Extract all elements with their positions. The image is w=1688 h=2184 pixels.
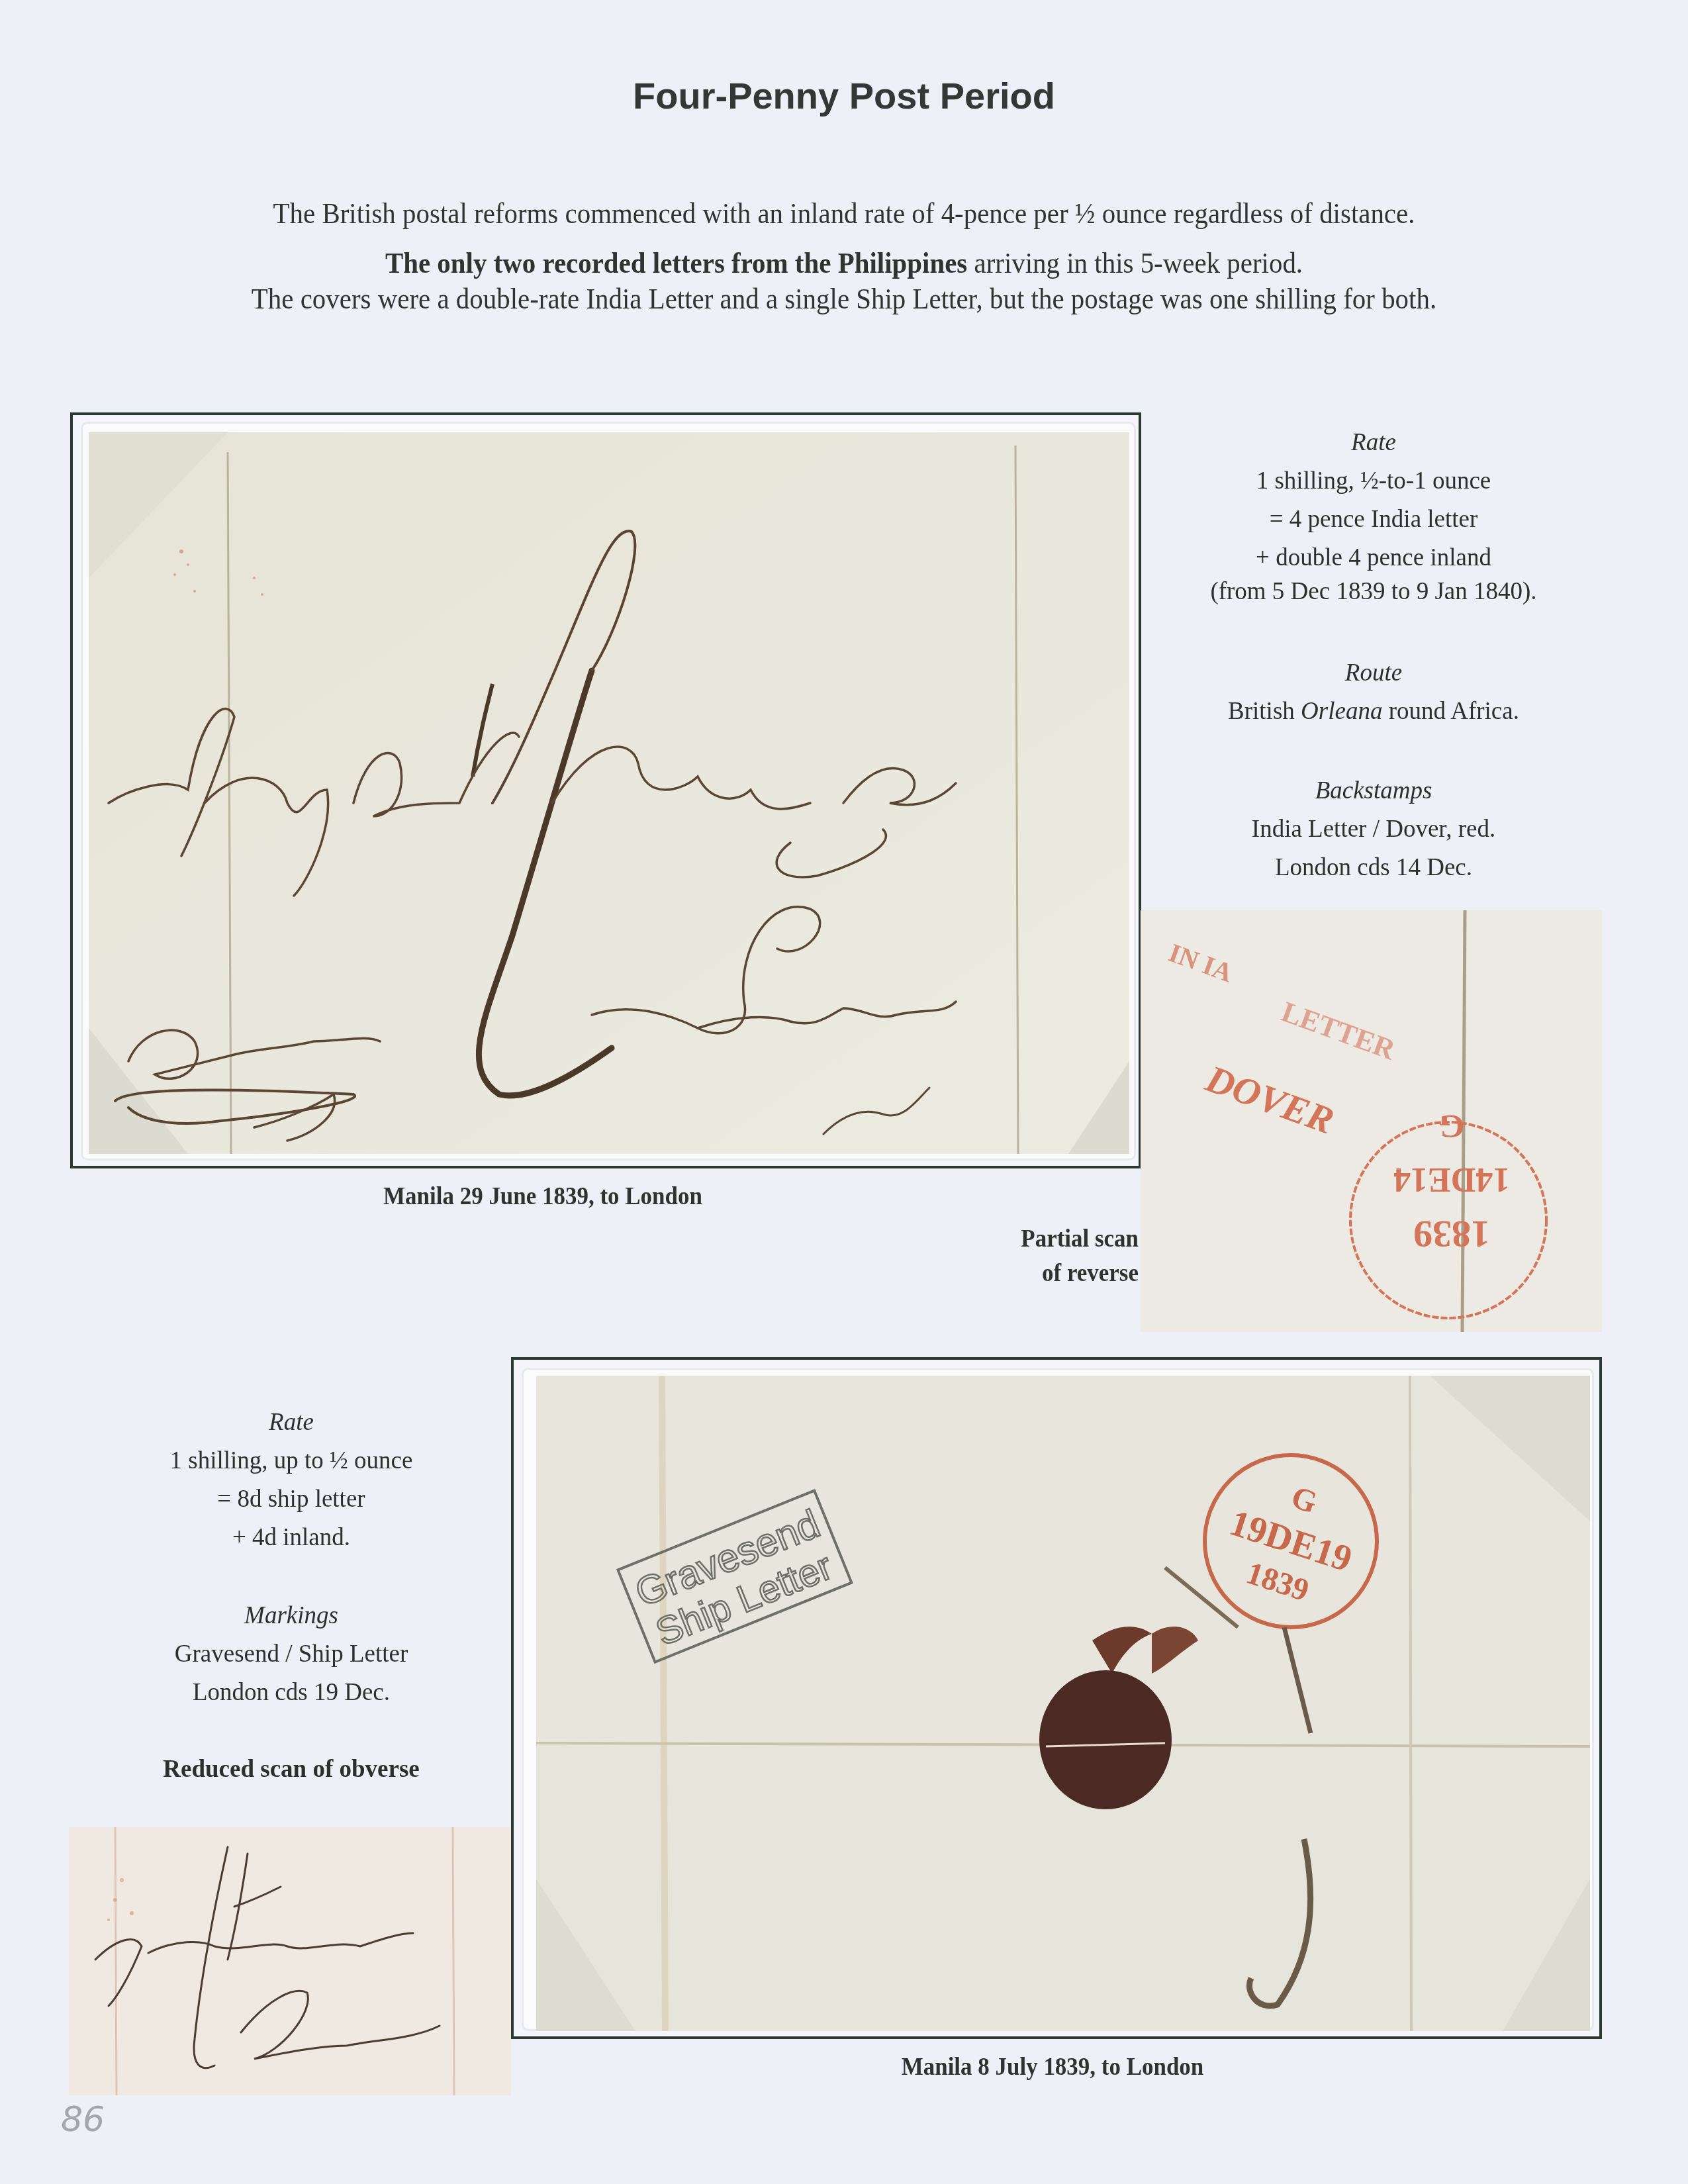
cover2-caption: Manila 8 July 1839, to London: [870, 2052, 1235, 2081]
rate-line: + double 4 pence inland: [1165, 539, 1582, 577]
cover1-image: [89, 432, 1129, 1154]
obverse-scan-image: [69, 1827, 511, 2095]
rate-line: = 4 pence India letter: [1165, 500, 1582, 539]
intro-line-2: The only two recorded letters from the P…: [59, 246, 1629, 280]
markings-line: Gravesend / Ship Letter: [86, 1635, 496, 1674]
rate-heading: Rate: [86, 1403, 496, 1442]
cover2-notes: Rate 1 shilling, up to ½ ounce = 8d ship…: [86, 1403, 496, 1789]
cover1-frame: [70, 412, 1141, 1168]
page-number: 86: [61, 2100, 105, 2140]
svg-text:1839: 1839: [1413, 1213, 1490, 1256]
cover2-image: Gravesend Ship Letter G 19DE19 1839: [536, 1376, 1590, 2031]
reverse-scan-label-line1: Partial scan: [931, 1221, 1139, 1256]
route-text: British Orleana round Africa.: [1165, 692, 1582, 731]
rate-line: 1 shilling, ½-to-1 ounce: [1165, 462, 1582, 500]
markings-line: London cds 19 Dec.: [86, 1674, 496, 1712]
cover1-caption: Manila 29 June 1839, to London: [360, 1182, 726, 1211]
cover2-frame: Gravesend Ship Letter G 19DE19 1839: [511, 1357, 1602, 2039]
cover2-drawing: Gravesend Ship Letter G 19DE19 1839: [536, 1376, 1590, 2031]
rate-line: = 8d ship letter: [86, 1480, 496, 1519]
backstamps-line: London cds 14 Dec.: [1165, 849, 1582, 887]
rate-line: + 4d inland.: [86, 1519, 496, 1557]
page-title: Four-Penny Post Period: [0, 74, 1688, 117]
intro-line-3: The covers were a double-rate India Lett…: [59, 282, 1629, 316]
rate-line: (from 5 Dec 1839 to 9 Jan 1840).: [1165, 577, 1582, 606]
obverse-scan-label: Reduced scan of obverse: [86, 1750, 496, 1789]
intro-line-1: The British postal reforms commenced wit…: [59, 197, 1629, 230]
svg-text:G: G: [1439, 1108, 1465, 1145]
backstamps-line: India Letter / Dover, red.: [1165, 810, 1582, 849]
route-prefix: British: [1228, 698, 1301, 725]
reverse-scan-label: Partial scan of reverse: [931, 1221, 1139, 1290]
markings-heading: Markings: [86, 1597, 496, 1635]
rate-line: 1 shilling, up to ½ ounce: [86, 1442, 496, 1480]
reverse-scan-drawing: IN IA LETTER DOVER 1839 14DE14 G: [1141, 910, 1602, 1332]
intro-line-2-rest: arriving in this 5-week period.: [967, 247, 1303, 279]
ship-name: Orleana: [1301, 698, 1382, 725]
reverse-scan-label-line2: of reverse: [931, 1256, 1139, 1290]
rate-heading: Rate: [1165, 424, 1582, 462]
svg-text:14DE14: 14DE14: [1393, 1161, 1510, 1198]
cover1-drawing: [89, 432, 1129, 1154]
route-heading: Route: [1165, 654, 1582, 692]
reverse-scan-image: IN IA LETTER DOVER 1839 14DE14 G: [1141, 910, 1602, 1332]
intro-emphasis: The only two recorded letters from the P…: [385, 247, 967, 279]
obverse-scan-drawing: [69, 1827, 511, 2095]
route-suffix: round Africa.: [1382, 698, 1519, 725]
backstamps-heading: Backstamps: [1165, 772, 1582, 810]
cover1-notes: Rate 1 shilling, ½-to-1 ounce = 4 pence …: [1165, 424, 1582, 887]
